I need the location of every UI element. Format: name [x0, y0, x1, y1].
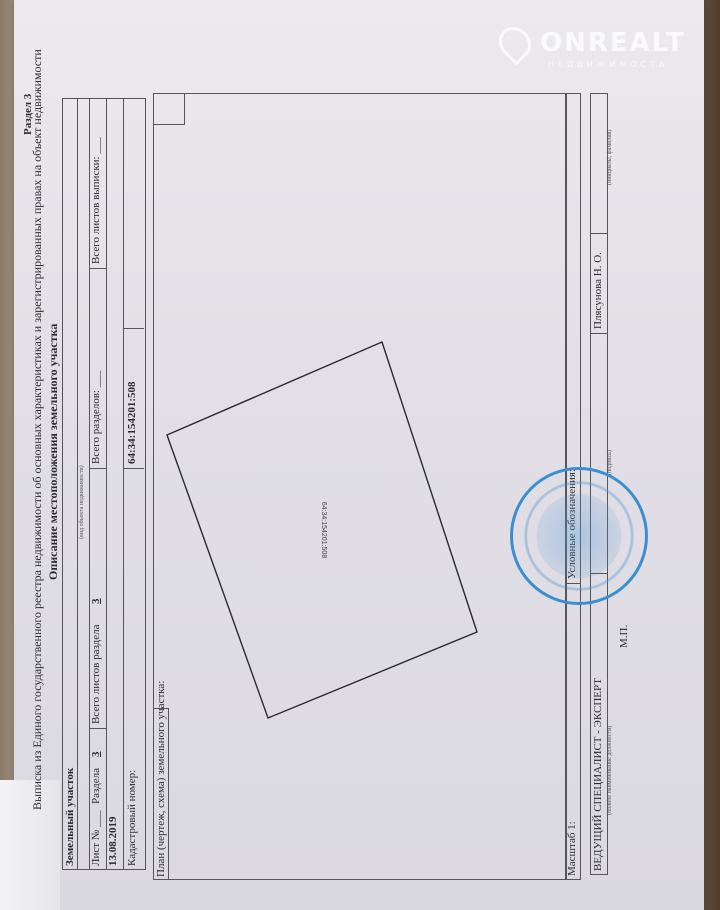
watermark: ONREALT НЕДВИЖИМОСТЬ: [500, 20, 710, 80]
position-caption: (полное наименование должности): [607, 726, 613, 815]
official-position: ВЕДУЩИЙ СПЕЦИАЛИСТ - ЭКСПЕРТ: [592, 678, 604, 871]
seal-stamp-icon: [510, 467, 648, 605]
official-name: Плясунова Н. О.: [592, 252, 604, 329]
signature-caption: (подпись): [607, 450, 613, 475]
seal-label: М.П.: [618, 625, 630, 648]
watermark-subtitle: НЕДВИЖИМОСТЬ: [548, 60, 669, 69]
house-pin-icon: [492, 20, 537, 65]
scale-label: Масштаб 1:: [566, 821, 578, 876]
name-caption: (инициалы, фамилия): [607, 130, 613, 185]
watermark-title: ONREALT: [540, 28, 686, 58]
plot-label: 64:34:154201:508: [320, 502, 327, 559]
document-landscape-frame: Выписка из Единого государственного реес…: [0, 0, 720, 910]
